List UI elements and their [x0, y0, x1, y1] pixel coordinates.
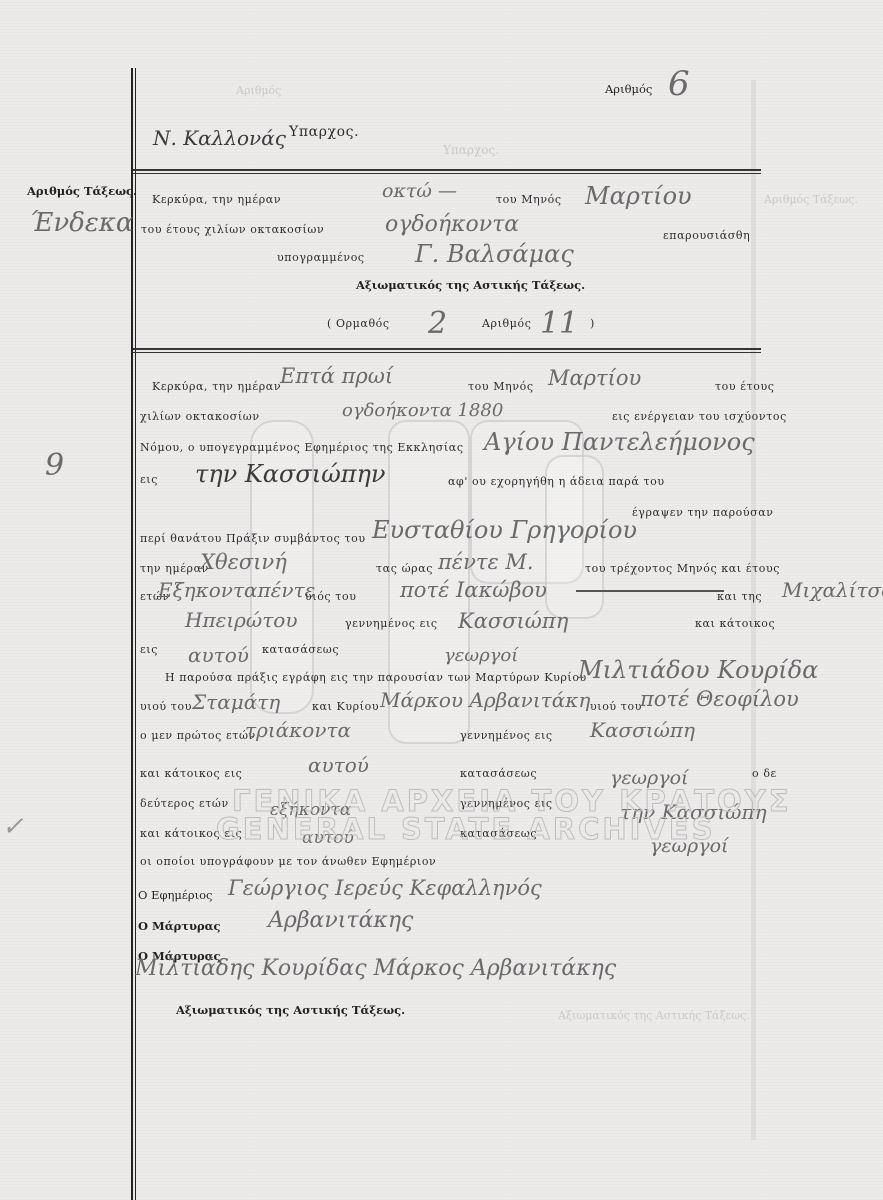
prefect-label: Υπαρχος.	[289, 124, 359, 140]
act-row11-hand2: Μάρκου Αρβανιτάκη	[380, 688, 590, 712]
act-row13-print3: ο δε	[752, 767, 777, 780]
act-row9-print2: κατασάσεως	[262, 643, 339, 656]
act-row12-print2: γεννημένος εις	[460, 729, 553, 742]
act-row7-print3: και της	[717, 590, 762, 603]
act-row6-print2: τας ώρας	[376, 562, 433, 575]
prefect-name-handwritten: Ν. Καλλονάς	[153, 126, 286, 150]
signature-priest-label: Ο Εφημέριος	[138, 888, 213, 902]
act-row8-print2: γεννημένος εις	[345, 617, 438, 630]
act-row8-print3: και κάτοικος	[695, 617, 775, 630]
officer-line4-print: Αξιωματικός της Αστικής Τάξεως.	[356, 278, 585, 292]
signature-witness1-hand: Αρβανιτάκης	[268, 908, 413, 933]
act-row5-print1: περί θανάτου Πράξιν συμβάντος του	[140, 532, 366, 545]
act-row6-hand1: Χθεσινή	[200, 550, 287, 574]
bleed-through-number: Αριθμός	[236, 84, 281, 97]
act-row10-hand1: Μιλτιάδου Κουρίδα	[578, 656, 818, 684]
act-row0-print3: του έτους	[715, 380, 775, 393]
act-row0-hand2: Μαρτίου	[548, 366, 641, 390]
act-row11-hand1: Σταμάτη	[192, 690, 280, 714]
margin-mark-9: 9	[45, 448, 64, 483]
officer-line1-hand2: Μαρτίου	[585, 182, 692, 210]
bleed-through-class: Αριθμός Τάξεως.	[764, 193, 858, 206]
signature-priest-hand: Γεώργιος Ιερεύς Κεφαλληνός	[228, 876, 542, 900]
act-row7-hand2: ποτέ Ιακώβου	[400, 578, 547, 602]
act-row8-hand2: Κασσιώπη	[458, 609, 568, 633]
class-number-handwritten: Ένδεκα	[30, 208, 133, 238]
act-row13-print2: κατασάσεως	[460, 767, 537, 780]
act-row13-hand1: αυτού	[308, 753, 369, 777]
act-row9-hand1: αυτού	[188, 643, 249, 667]
act-row8-hand1: Ηπειρώτου	[185, 608, 298, 632]
act-row16-print1: οι οποίοι υπογράφουν με τον άνωθεν Εφημέ…	[140, 855, 436, 868]
act-row3-print2: αφ' ου εχορηγήθη η άδεια παρά του	[448, 475, 665, 488]
number-value: 6	[668, 64, 690, 104]
officer-line5-open: ( Ορμαθός	[327, 317, 390, 330]
act-row0-hand1: Επτά πρωί	[280, 364, 393, 388]
act-row13-print1: και κάτοικος εις	[140, 767, 242, 780]
act-row2-print1: Νόμου, ο υπογεγραμμένος Εφημέριος της Εκ…	[140, 441, 464, 454]
officer-line3-print: υπογραμμένος	[277, 251, 365, 264]
act-row1-print1: χιλίων οκτακοσίων	[140, 410, 260, 423]
class-number-label: Αριθμός Τάξεως.	[27, 184, 137, 198]
act-row9-hand2: γεωργοί	[444, 645, 518, 666]
officer-line5-hand-number: 11	[540, 306, 578, 341]
act-row0-print1: Κερκύρα, την ημέραν	[152, 380, 281, 393]
act-row2-hand1: Αγίου Παντελεήμονος	[484, 428, 755, 456]
number-label: Αριθμός	[605, 82, 652, 96]
signature-witness2-hand: Μιλτιάδης Κουρίδας Μάρκος Αρβανιτάκης	[135, 956, 616, 981]
act-row6-hand2: πέντε Μ.	[438, 550, 534, 574]
act-row11-print3: υιού του	[590, 700, 642, 713]
act-row11-print2: και Κυρίου	[312, 700, 379, 713]
footer-officer-label: Αξιωματικός της Αστικής Τάξεως.	[176, 1003, 405, 1017]
section-rule	[133, 348, 761, 350]
act-row14-print1: δεύτερος ετών	[140, 797, 229, 810]
act-row12-hand1: τριάκοντα	[245, 718, 351, 742]
bleed-through-footer: Αξιωματικός της Αστικής Τάξεως.	[558, 1009, 750, 1022]
officer-line1-print: Κερκύρα, την ημέραν	[152, 193, 281, 206]
officer-line2-hand: ογδοήκοντα	[385, 212, 519, 237]
act-row1-hand1: ογδοήκοντα 1880	[342, 400, 503, 421]
officer-line3-hand-signature: Γ. Βαλσάμας	[415, 240, 574, 268]
act-row9-print1: εις	[140, 643, 158, 656]
officer-line2-print: του έτους χιλίων οκτακοσίων	[141, 223, 324, 236]
act-row1-print2: εις ενέργειαν του ισχύοντος	[612, 410, 787, 423]
act-row5-hand1: Ευσταθίου Γρηγορίου	[372, 516, 637, 544]
section-rule-2	[133, 352, 761, 353]
signature-witness1-label: Ο Μάρτυρας	[138, 919, 220, 933]
watermark-english: GENERAL STATE ARCHIVES	[216, 812, 716, 846]
act-row6-print3: του τρέχοντος Μηνός και έτους	[585, 562, 780, 575]
frame-left-rule-inner	[135, 68, 136, 1200]
header-rule-2	[133, 173, 761, 174]
officer-line2-print2: επαρουσιάσθη	[663, 229, 750, 242]
act-row12-print1: ο μεν πρώτος ετών	[140, 729, 256, 742]
bleed-through-rule	[751, 80, 756, 1140]
act-row11-hand3: ποτέ Θεοφίλου	[640, 687, 799, 711]
header-rule	[133, 169, 761, 171]
bleed-through-prefect: Υπαρχος.	[443, 143, 499, 157]
officer-line1-print2: του Μηνός	[496, 193, 562, 206]
act-row7-hand3: Μιχαλίτσας	[782, 578, 883, 602]
act-row0-print2: του Μηνός	[468, 380, 534, 393]
act-row7-print2: υιός του	[305, 590, 356, 603]
act-row11-print1: υιού του	[140, 700, 192, 713]
act-row4-print2: έγραψεν την παρούσαν	[632, 506, 774, 519]
act-row7-strikeline	[576, 590, 724, 592]
margin-mark-tick: ✓	[2, 812, 24, 842]
act-row3-hand1: την Κασσιώπην	[195, 460, 386, 488]
act-row12-hand2: Κασσιώπη	[590, 718, 695, 742]
act-row10-print1: Η παρούσα πράξις εγράφη εις την παρουσία…	[165, 671, 587, 684]
officer-line5-print2: Αριθμός	[482, 317, 531, 330]
officer-line5-close: )	[590, 317, 595, 330]
act-row7-hand1: Εξηκονταπέντε	[158, 578, 315, 602]
act-row3-print1: εις	[140, 473, 158, 486]
officer-line5-hand-series: 2	[428, 306, 447, 341]
act-row6-print1: την ημέραν	[140, 562, 209, 575]
officer-line1-hand: οκτώ —	[382, 180, 457, 202]
